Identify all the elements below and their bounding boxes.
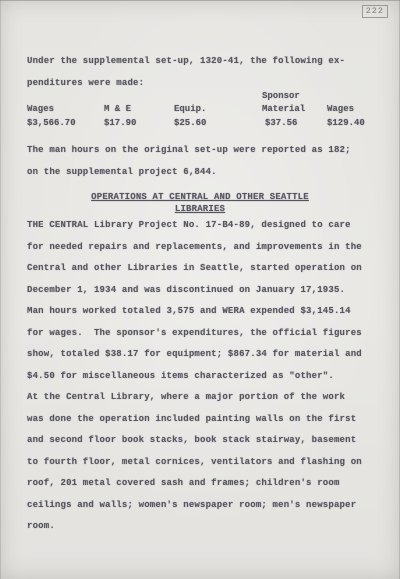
table-header-wages-2: Wages <box>327 104 354 114</box>
table-header-wages-1: Wages <box>27 104 54 114</box>
table-value-material: $37.56 <box>265 118 297 128</box>
text-line: ceilings and walls; women's newspaper ro… <box>27 500 362 522</box>
table-header-sponsor: Sponsor <box>262 91 300 101</box>
text-line: Man hours worked totaled 3,575 and WERA … <box>27 306 362 328</box>
text-line: The man hours on the original set-up wer… <box>27 145 351 167</box>
page-number: 222 <box>366 6 384 16</box>
table-header-m-and-e: M & E <box>104 104 131 114</box>
paragraph-central-library-project: THE CENTRAL Library Project No. 17-B4-89… <box>27 220 362 392</box>
text-line: to fourth floor, metal cornices, ventila… <box>27 457 362 479</box>
text-line: show, totaled $38.17 for equipment; $867… <box>27 349 362 371</box>
document-page: 222 Under the supplemental set-up, 1320-… <box>0 0 400 579</box>
table-header-equip: Equip. <box>174 104 206 114</box>
table-value-wages-2: $129.40 <box>327 118 365 128</box>
text-line: on the supplemental project 6,844. <box>27 167 351 189</box>
text-line: room. <box>27 521 362 543</box>
paragraph-man-hours: The man hours on the original set-up wer… <box>27 145 351 188</box>
heading-line: LIBRARIES <box>0 204 400 216</box>
text-line: At the Central Library, where a major po… <box>27 392 362 414</box>
table-value-m-and-e: $17.90 <box>104 118 136 128</box>
text-line: $4.50 for miscellaneous items characteri… <box>27 371 362 393</box>
table-value-equip: $25.60 <box>174 118 206 128</box>
text-line: THE CENTRAL Library Project No. 17-B4-89… <box>27 220 362 242</box>
text-line: was done the operation included painting… <box>27 414 362 436</box>
text-line: December 1, 1934 and was discontinued on… <box>27 285 362 307</box>
text-line: roof, 201 metal covered sash and frames;… <box>27 478 362 500</box>
text-line: Central and other Libraries in Seattle, … <box>27 263 362 285</box>
text-line: for needed repairs and replacements, and… <box>27 242 362 264</box>
page-number-box: 222 <box>362 5 388 18</box>
table-value-wages-1: $3,566.70 <box>27 118 76 128</box>
section-heading: OPERATIONS AT CENTRAL AND OTHER SEATTLE … <box>0 192 400 215</box>
text-line: for wages. The sponsor's expenditures, t… <box>27 328 362 350</box>
heading-line: OPERATIONS AT CENTRAL AND OTHER SEATTLE <box>0 192 400 204</box>
text-line: Under the supplemental set-up, 1320-41, … <box>27 56 345 78</box>
text-line: and second floor book stacks, book stack… <box>27 435 362 457</box>
paragraph-central-library-work: At the Central Library, where a major po… <box>27 392 362 543</box>
table-header-material: Material <box>262 104 305 114</box>
